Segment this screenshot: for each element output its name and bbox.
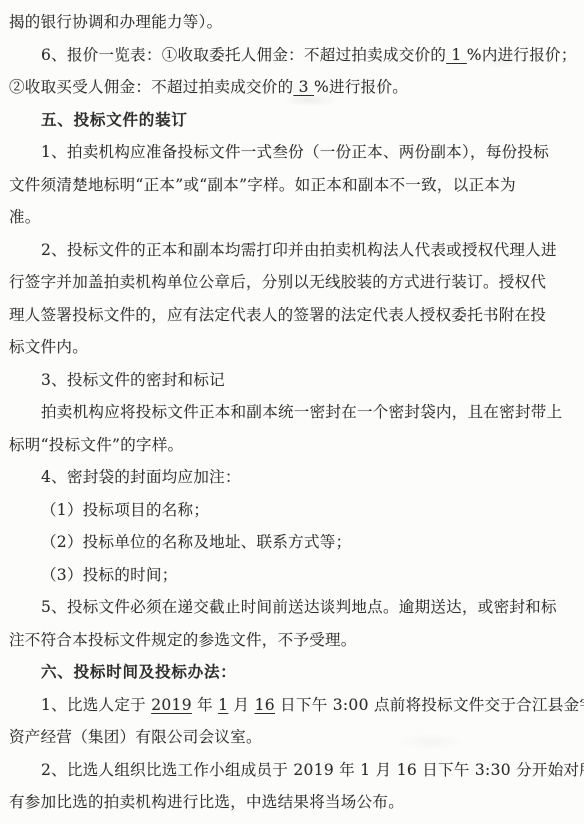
para-continuation: 揭的银行协调和办理能力等）。 [9, 6, 570, 39]
s5-item-4-title: 4、密封袋的封面均应加注： [9, 461, 570, 494]
s5-item-3-title: 3、投标文件的密封和标记 [9, 364, 570, 397]
underlined-fill-in-value: 1 [446, 46, 467, 64]
s5-item-5-line-1: 5、投标文件必须在递交截止时间前送达谈判地点。逾期送达，或密封和标 [9, 591, 570, 624]
text-segment: （3）投标的时间； [41, 566, 178, 584]
s5-item-1-line-3: 准。 [9, 201, 570, 234]
text-segment: （2）投标单位的名称及地址、联系方式等； [41, 533, 351, 551]
document-page: 揭的银行协调和办理能力等）。6、报价一览表：①收取委托人佣金：不超过拍卖成交价的… [0, 0, 584, 824]
text-segment: 标文件内。 [9, 338, 88, 356]
text-segment: 日下午 3:00 点前将投标文件交于合江县金宇 [275, 696, 584, 714]
item-6-quote-line-2: ②收取买受人佣金：不超过拍卖成交价的 3 %进行报价。 [9, 71, 570, 104]
text-segment: 年 [192, 696, 218, 714]
text-segment: 注不符合本投标文件规定的参选文件，不予受理。 [9, 631, 357, 649]
text-segment: 行签字并加盖拍卖机构单位公章后，分别以无线胶装的方式进行装订。授权代 [9, 273, 546, 291]
underlined-fill-in-value: 1 [218, 696, 228, 714]
text-segment: 理人签署投标文件的，应有法定代表人的签署的法定代表人授权委托书附在投 [9, 306, 546, 324]
s5-item-4-sub-2: （2）投标单位的名称及地址、联系方式等； [9, 526, 570, 559]
text-segment: 揭的银行协调和办理能力等）。 [9, 13, 222, 31]
heading-section-6: 六、投标时间及投标办法： [9, 656, 570, 689]
text-segment: 6、报价一览表：①收取委托人佣金：不超过拍卖成交价的 [41, 46, 446, 64]
document-text-block: 揭的银行协调和办理能力等）。6、报价一览表：①收取委托人佣金：不超过拍卖成交价的… [9, 6, 570, 819]
text-segment: 五、投标文件的装订 [41, 110, 188, 129]
text-segment: 1、比选人定于 [41, 696, 151, 714]
text-segment: 标明“投标文件”的字样。 [9, 436, 183, 454]
text-segment: 2、比选人组织比选工作小组成员于 2019 年 1 月 16 日下午 3:30 … [41, 761, 584, 779]
text-segment: %内进行报价； [467, 46, 577, 64]
text-segment: （1）投标项目的名称； [41, 501, 209, 519]
s6-item-1-line-2: 资产经营（集团）有限公司会议室。 [9, 721, 570, 754]
s5-item-2-line-1: 2、投标文件的正本和副本均需打印并由拍卖机构法人代表或授权代理人进 [9, 234, 570, 267]
text-segment: 3、投标文件的密封和标记 [41, 371, 225, 389]
underlined-fill-in-value: 16 [255, 696, 275, 714]
s6-item-1-line-1: 1、比选人定于 2019 年 1 月 16 日下午 3:00 点前将投标文件交于… [9, 689, 570, 722]
s5-item-2-line-4: 标文件内。 [9, 331, 570, 364]
text-segment: 月 [228, 696, 254, 714]
underlined-fill-in-value: 3 [293, 78, 314, 96]
heading-section-5: 五、投标文件的装订 [9, 104, 570, 137]
s5-item-4-sub-3: （3）投标的时间； [9, 559, 570, 592]
s6-item-2-line-2: 有参加比选的拍卖机构进行比选，中选结果将当场公布。 [9, 786, 570, 819]
text-segment: %进行报价。 [314, 78, 408, 96]
text-segment: 2、投标文件的正本和副本均需打印并由拍卖机构法人代表或授权代理人进 [41, 241, 557, 259]
s5-item-4-sub-1: （1）投标项目的名称； [9, 494, 570, 527]
text-segment: 六、投标时间及投标办法： [41, 662, 237, 681]
text-segment: 文件须清楚地标明“正本”或“副本”字样。如正本和副本不一致，以正本为 [9, 176, 516, 194]
s6-item-2-line-1: 2、比选人组织比选工作小组成员于 2019 年 1 月 16 日下午 3:30 … [9, 754, 570, 787]
text-segment: 5、投标文件必须在递交截止时间前送达谈判地点。逾期送达，或密封和标 [41, 598, 557, 616]
text-segment: 资产经营（集团）有限公司会议室。 [9, 728, 262, 746]
text-segment: 准。 [9, 208, 41, 226]
s5-item-1-line-2: 文件须清楚地标明“正本”或“副本”字样。如正本和副本不一致，以正本为 [9, 169, 570, 202]
text-segment: 4、密封袋的封面均应加注： [41, 468, 241, 486]
text-segment: 有参加比选的拍卖机构进行比选，中选结果将当场公布。 [9, 793, 404, 811]
text-segment: 拍卖机构应将投标文件正本和副本统一密封在一个密封袋内，且在密封带上 [41, 403, 562, 421]
item-6-quote-line-1: 6、报价一览表：①收取委托人佣金：不超过拍卖成交价的 1 %内进行报价； [9, 39, 570, 72]
underlined-fill-in-value: 2019 [151, 696, 192, 714]
text-segment: ②收取买受人佣金：不超过拍卖成交价的 [9, 78, 293, 96]
s5-item-2-line-2: 行签字并加盖拍卖机构单位公章后，分别以无线胶装的方式进行装订。授权代 [9, 266, 570, 299]
text-segment: 1、拍卖机构应准备投标文件一式叁份（一份正本、两份副本），每份投标 [41, 143, 549, 161]
s5-item-2-line-3: 理人签署投标文件的，应有法定代表人的签署的法定代表人授权委托书附在投 [9, 299, 570, 332]
s5-item-3-line-1: 拍卖机构应将投标文件正本和副本统一密封在一个密封袋内，且在密封带上 [9, 396, 570, 429]
s5-item-1-line-1: 1、拍卖机构应准备投标文件一式叁份（一份正本、两份副本），每份投标 [9, 136, 570, 169]
s5-item-5-line-2: 注不符合本投标文件规定的参选文件，不予受理。 [9, 624, 570, 657]
s5-item-3-line-2: 标明“投标文件”的字样。 [9, 429, 570, 462]
